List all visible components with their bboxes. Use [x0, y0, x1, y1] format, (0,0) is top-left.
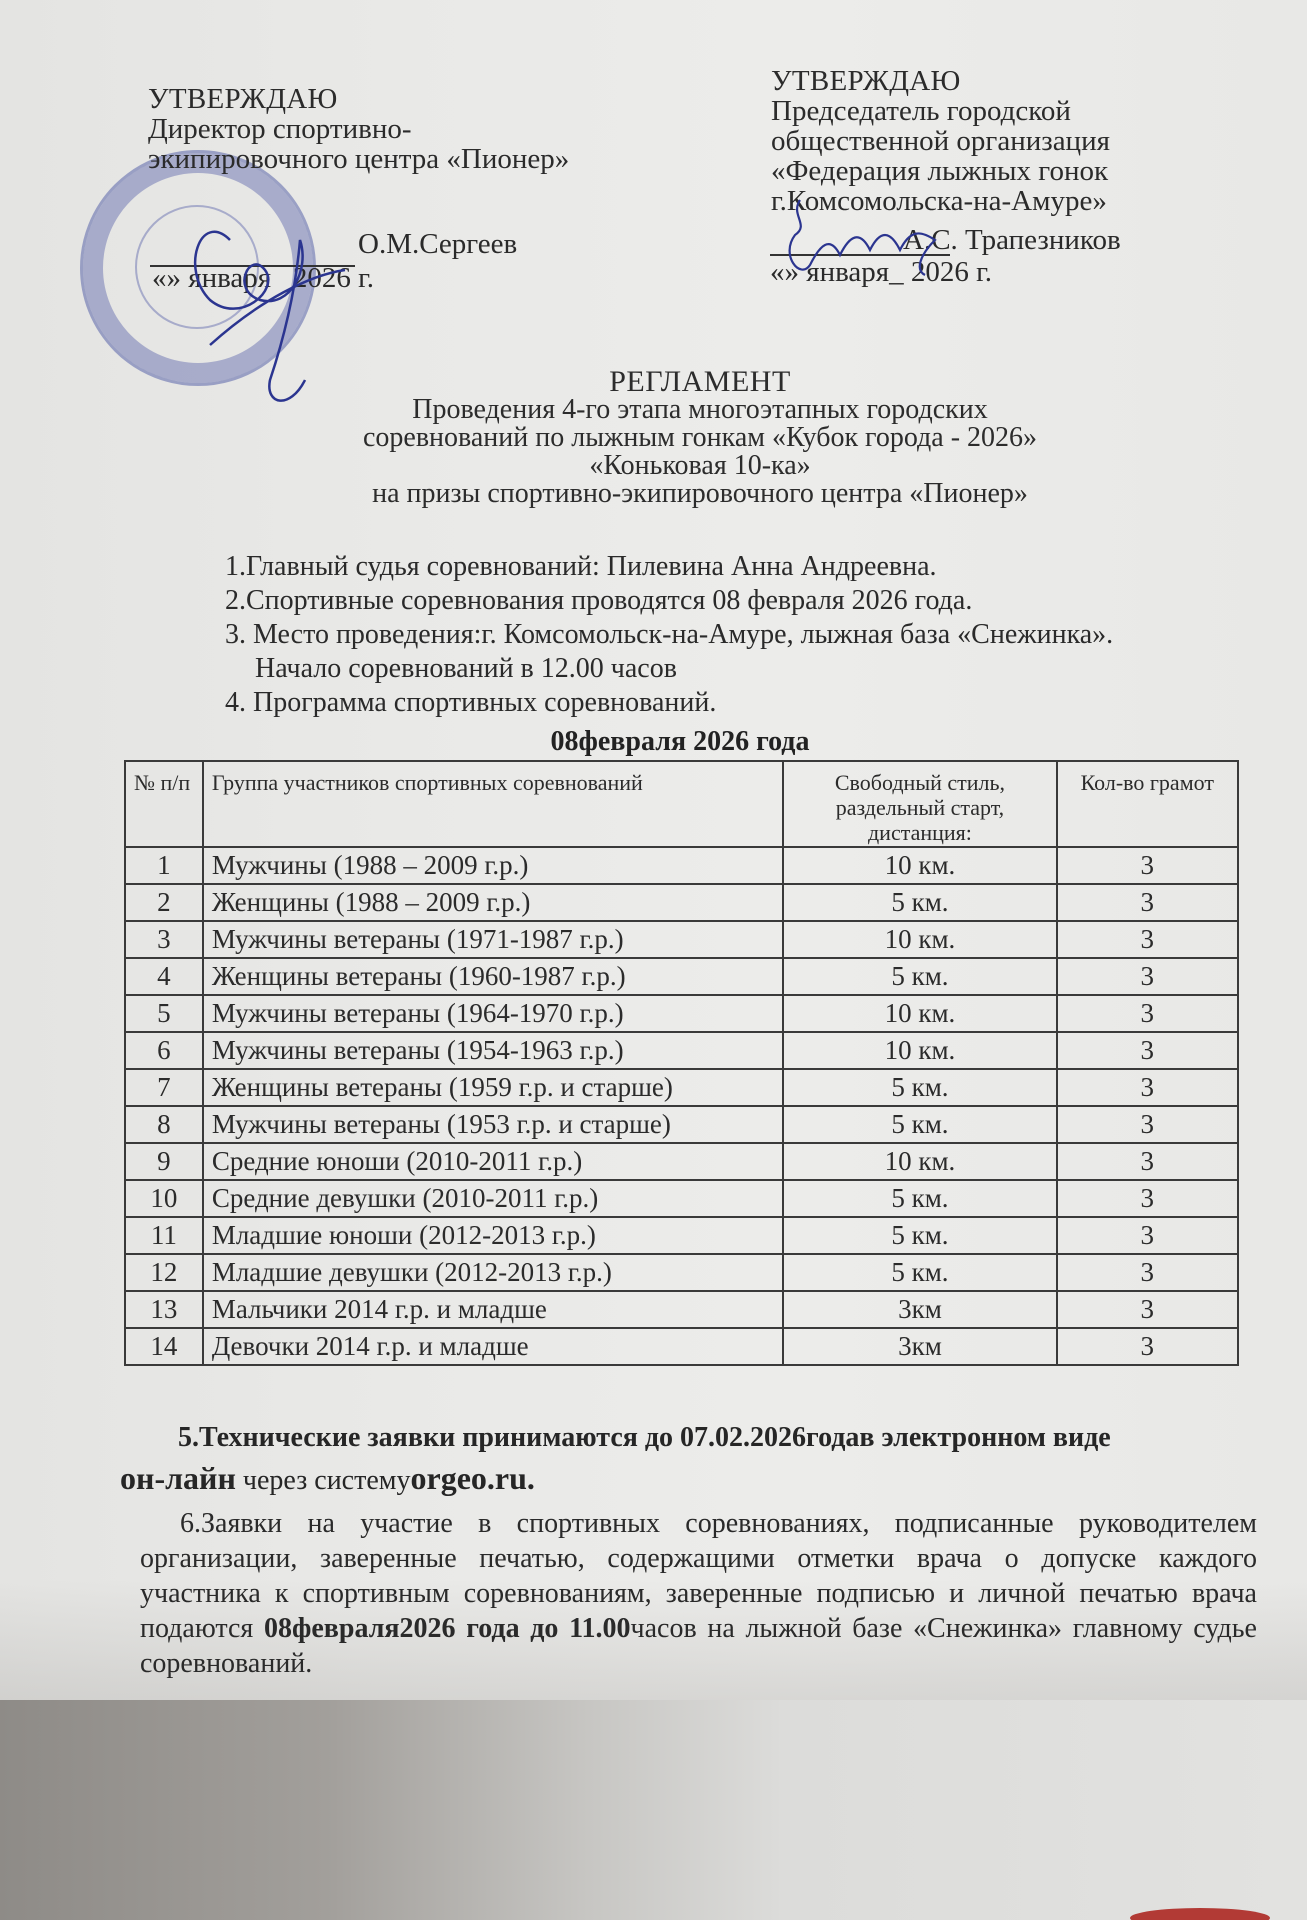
row-group: Женщины ветераны (1959 г.р. и старше): [203, 1069, 784, 1106]
header-num: № п/п: [125, 761, 203, 847]
row-count: 3: [1057, 847, 1238, 884]
item-venue: 3. Место проведения:г. Комсомольск-на-Ам…: [225, 618, 1285, 652]
table-row: 7Женщины ветераны (1959 г.р. и старше)5 …: [125, 1069, 1238, 1106]
row-distance: 3км: [783, 1291, 1056, 1328]
table-row: 2Женщины (1988 – 2009 г.р.)5 км.3: [125, 884, 1238, 921]
row-count: 3: [1057, 1180, 1238, 1217]
item-date: 2.Спортивные соревнования проводятся 08 …: [225, 584, 1285, 618]
approval-line: Председатель городской: [771, 96, 1231, 126]
row-distance: 10 км.: [783, 995, 1056, 1032]
row-group: Мужчины (1988 – 2009 г.р.): [203, 847, 784, 884]
orgeo-link[interactable]: orgeo.ru.: [410, 1460, 534, 1496]
row-group: Женщины (1988 – 2009 г.р.): [203, 884, 784, 921]
table-caption: 08февраля 2026 года: [120, 726, 1240, 758]
title-line: соревнований по лыжным гонкам «Кубок гор…: [280, 424, 1120, 452]
table-row: 14Девочки 2014 г.р. и младше3км3: [125, 1328, 1238, 1365]
row-num: 5: [125, 995, 203, 1032]
row-count: 3: [1057, 921, 1238, 958]
header-group: Группа участников спортивных соревновани…: [203, 761, 784, 847]
row-group: Мужчины ветераны (1954-1963 г.р.): [203, 1032, 784, 1069]
item-chief-judge: 1.Главный судья соревнований: Пилевина А…: [225, 550, 1285, 584]
table-row: 8Мужчины ветераны (1953 г.р. и старше)5 …: [125, 1106, 1238, 1143]
row-num: 2: [125, 884, 203, 921]
row-num: 1: [125, 847, 203, 884]
item-start-time: Начало соревнований в 12.00 часов: [225, 652, 1285, 686]
via-text: через систему: [236, 1465, 411, 1496]
row-distance: 10 км.: [783, 921, 1056, 958]
title-main: РЕГЛАМЕНТ: [280, 368, 1120, 396]
row-num: 13: [125, 1291, 203, 1328]
approval-line: Директор спортивно-: [148, 114, 628, 144]
table-row: 4Женщины ветераны (1960-1987 г.р.)5 км.3: [125, 958, 1238, 995]
row-num: 6: [125, 1032, 203, 1069]
online-text: он-лайн: [120, 1460, 236, 1496]
row-num: 4: [125, 958, 203, 995]
row-group: Мальчики 2014 г.р. и младше: [203, 1291, 784, 1328]
row-distance: 5 км.: [783, 1180, 1056, 1217]
approval-heading: УТВЕРЖДАЮ: [148, 84, 628, 114]
row-num: 8: [125, 1106, 203, 1143]
row-group: Женщины ветераны (1960-1987 г.р.): [203, 958, 784, 995]
row-distance: 5 км.: [783, 884, 1056, 921]
table-row: 11Младшие юноши (2012-2013 г.р.)5 км.3: [125, 1217, 1238, 1254]
row-distance: 5 км.: [783, 1069, 1056, 1106]
row-count: 3: [1057, 884, 1238, 921]
approval-left: УТВЕРЖДАЮ Директор спортивно- экипировоч…: [148, 84, 628, 174]
table-row: 1Мужчины (1988 – 2009 г.р.)10 км.3: [125, 847, 1238, 884]
item-program: 4. Программа спортивных соревнований.: [225, 686, 1285, 720]
row-num: 10: [125, 1180, 203, 1217]
row-count: 3: [1057, 1291, 1238, 1328]
row-count: 3: [1057, 1106, 1238, 1143]
table-row: 12Младшие девушки (2012-2013 г.р.)5 км.3: [125, 1254, 1238, 1291]
header-count: Кол-во грамот: [1057, 761, 1238, 847]
title-line: «Коньковая 10-ка»: [280, 452, 1120, 480]
row-distance: 5 км.: [783, 1217, 1056, 1254]
table-row: 9Средние юноши (2010-2011 г.р.)10 км.3: [125, 1143, 1238, 1180]
row-num: 3: [125, 921, 203, 958]
table-header-row: № п/п Группа участников спортивных сорев…: [125, 761, 1238, 847]
document-title: РЕГЛАМЕНТ Проведения 4-го этапа многоэта…: [280, 368, 1120, 508]
approval-right: УТВЕРЖДАЮ Председатель городской обществ…: [771, 66, 1231, 216]
row-count: 3: [1057, 1069, 1238, 1106]
approval-line: «Федерация лыжных гонок: [771, 156, 1231, 186]
row-group: Мужчины ветераны (1964-1970 г.р.): [203, 995, 784, 1032]
row-group: Мужчины ветераны (1971-1987 г.р.): [203, 921, 784, 958]
row-group: Младшие юноши (2012-2013 г.р.): [203, 1217, 784, 1254]
row-num: 12: [125, 1254, 203, 1291]
row-group: Средние девушки (2010-2011 г.р.): [203, 1180, 784, 1217]
header-distance: Свободный стиль, раздельный старт, диста…: [783, 761, 1056, 847]
row-count: 3: [1057, 958, 1238, 995]
row-group: Младшие девушки (2012-2013 г.р.): [203, 1254, 784, 1291]
numbered-items: 1.Главный судья соревнований: Пилевина А…: [225, 550, 1285, 720]
row-group: Средние юноши (2010-2011 г.р.): [203, 1143, 784, 1180]
row-group: Мужчины ветераны (1953 г.р. и старше): [203, 1106, 784, 1143]
row-distance: 10 км.: [783, 847, 1056, 884]
approval-line: экипировочного центра «Пионер»: [148, 144, 628, 174]
row-count: 3: [1057, 1217, 1238, 1254]
row-distance: 3км: [783, 1328, 1056, 1365]
row-distance: 5 км.: [783, 958, 1056, 995]
table-row: 6Мужчины ветераны (1954-1963 г.р.)10 км.…: [125, 1032, 1238, 1069]
paragraph-6-deadline: 08февраля2026 года до 11.00: [264, 1613, 631, 1644]
row-count: 3: [1057, 995, 1238, 1032]
row-count: 3: [1057, 1143, 1238, 1180]
row-distance: 10 км.: [783, 1143, 1056, 1180]
signatory-name: О.М.Сергеев: [358, 228, 517, 261]
signature-icon: [770, 195, 940, 285]
title-line: Проведения 4-го этапа многоэтапных город…: [280, 396, 1120, 424]
row-num: 7: [125, 1069, 203, 1106]
table-row: 3Мужчины ветераны (1971-1987 г.р.)10 км.…: [125, 921, 1238, 958]
table-row: 13Мальчики 2014 г.р. и младше3км3: [125, 1291, 1238, 1328]
row-num: 14: [125, 1328, 203, 1365]
approval-heading: УТВЕРЖДАЮ: [771, 66, 1231, 96]
table-row: 5Мужчины ветераны (1964-1970 г.р.)10 км.…: [125, 995, 1238, 1032]
row-count: 3: [1057, 1254, 1238, 1291]
table-row: 10Средние девушки (2010-2011 г.р.)5 км.3: [125, 1180, 1238, 1217]
approval-line: общественной организация: [771, 126, 1231, 156]
row-num: 9: [125, 1143, 203, 1180]
program-table: № п/п Группа участников спортивных сорев…: [124, 760, 1239, 1366]
row-distance: 5 км.: [783, 1254, 1056, 1291]
paragraph-6: 6.Заявки на участие в спортивных соревно…: [140, 1506, 1257, 1681]
row-group: Девочки 2014 г.р. и младше: [203, 1328, 784, 1365]
title-line: на призы спортивно-экипировочного центра…: [280, 480, 1120, 508]
row-count: 3: [1057, 1032, 1238, 1069]
row-distance: 5 км.: [783, 1106, 1056, 1143]
row-count: 3: [1057, 1328, 1238, 1365]
row-num: 11: [125, 1217, 203, 1254]
paragraph-5: 5.Технические заявки принимаются до 07.0…: [120, 1418, 1260, 1501]
page-shadow-bottom: [0, 1700, 1307, 1920]
paragraph-5-bold: 5.Технические заявки принимаются до 07.0…: [120, 1418, 1260, 1458]
row-distance: 10 км.: [783, 1032, 1056, 1069]
